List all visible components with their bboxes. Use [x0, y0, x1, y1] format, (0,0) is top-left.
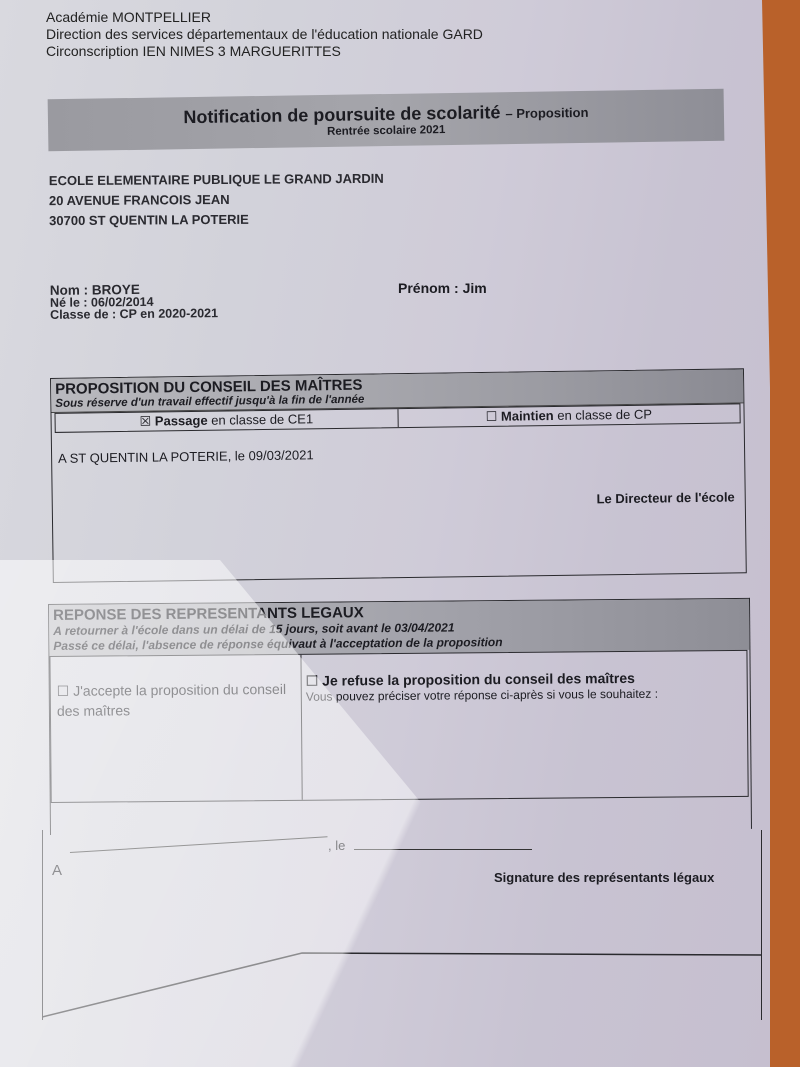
proposition-place-date: A ST QUENTIN LA POTERIE, le 09/03/2021: [58, 441, 744, 466]
signature-area-border: [42, 951, 762, 1021]
signature-bottom-line: [42, 951, 762, 1021]
refuse-hint: Vous pouvez préciser votre réponse ci-ap…: [306, 686, 743, 704]
accept-option[interactable]: ☐ J'accepte la proposition du conseil de…: [50, 655, 302, 802]
refuse-option[interactable]: ☐ Je refuse la proposition du conseil de…: [301, 651, 747, 800]
direction-line: Direction des services départementaux de…: [46, 26, 483, 43]
academie-line: Académie MONTPELLIER: [46, 9, 483, 26]
reponse-choices: ☐ J'accepte la proposition du conseil de…: [49, 650, 748, 803]
school-street: 20 AVENUE FRANCOIS JEAN: [49, 189, 384, 211]
administration-header: Académie MONTPELLIER Direction des servi…: [46, 9, 483, 60]
empty-checkbox-icon[interactable]: ☐: [486, 409, 498, 424]
title-suffix: – Proposition: [505, 105, 588, 121]
pupil-firstname: Prénom : Jim: [398, 280, 487, 296]
circonscription-line: Circonscription IEN NIMES 3 MARGUERITTES: [46, 43, 483, 60]
pupil-info: Nom : BROYE Né le : 06/02/2014 Classe de…: [50, 283, 218, 321]
checked-box-icon[interactable]: ☒: [139, 414, 151, 429]
school-city: 30700 ST QUENTIN LA POTERIE: [49, 209, 384, 231]
option-passage[interactable]: ☒ Passage en classe de CE1: [56, 409, 398, 432]
date-input-line[interactable]: [354, 834, 532, 850]
refuse-label: Je refuse la proposition du conseil des …: [322, 670, 635, 689]
proposition-section: PROPOSITION DU CONSEIL DES MAÎTRES Sous …: [50, 368, 747, 583]
reponse-section: REPONSE DES REPRESENTANTS LEGAUX A retou…: [48, 598, 752, 835]
title-band: Notification de poursuite de scolarité –…: [48, 89, 725, 152]
date-prefix: , le: [328, 838, 345, 853]
legal-representatives-signature-label: Signature des représentants légaux: [494, 870, 714, 885]
pupil-class: Classe de : CP en 2020-2021: [50, 307, 218, 321]
option-maintien[interactable]: ☐ Maintien en classe de CP: [397, 404, 740, 427]
director-signature-label: Le Directeur de l'école: [596, 489, 734, 506]
empty-checkbox-icon[interactable]: ☐: [306, 673, 319, 689]
accept-label: J'accepte la proposition du conseil des …: [57, 681, 286, 719]
school-address: ECOLE ELEMENTAIRE PUBLIQUE LE GRAND JARD…: [49, 169, 384, 231]
empty-checkbox-icon[interactable]: ☐: [57, 683, 70, 699]
reponse-header: REPONSE DES REPRESENTANTS LEGAUX A retou…: [49, 599, 749, 656]
place-prefix: A: [52, 862, 62, 879]
school-name: ECOLE ELEMENTAIRE PUBLIQUE LE GRAND JARD…: [49, 169, 384, 191]
